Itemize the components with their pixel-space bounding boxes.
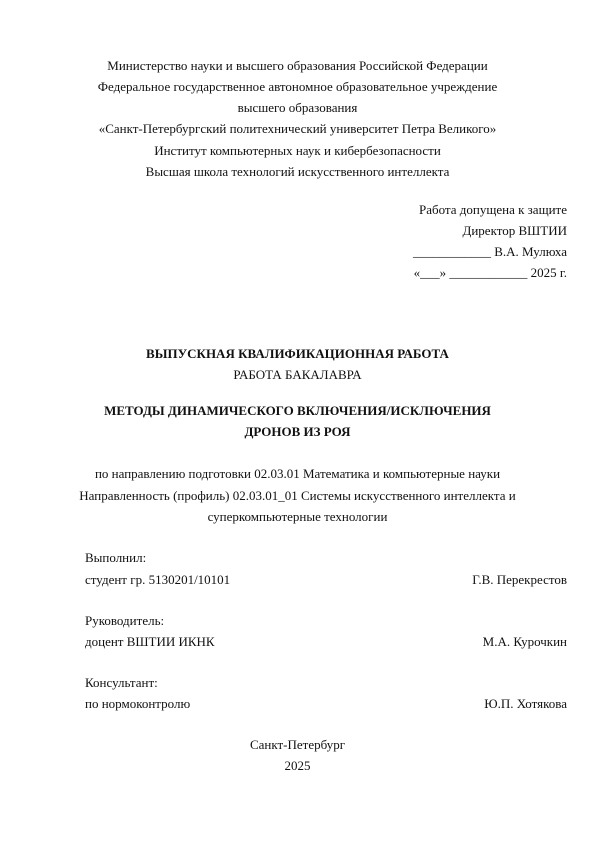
work-subtype: РАБОТА БАКАЛАВРА — [0, 367, 595, 383]
approval-line: Работа допущена к защите — [419, 202, 567, 218]
header-line: Институт компьютерных наук и кибербезопа… — [0, 143, 595, 159]
city: Санкт-Петербург — [0, 737, 595, 753]
signature-position: студент гр. 5130201/10101 — [85, 572, 230, 588]
approval-line: Директор ВШТИИ — [462, 223, 567, 239]
header-line: «Санкт-Петербургский политехнический уни… — [0, 121, 595, 137]
direction-line: суперкомпьютерные технологии — [0, 509, 595, 525]
topic-line: ДРОНОВ ИЗ РОЯ — [0, 424, 595, 440]
approval-date: «___» ____________ 2025 г. — [414, 265, 567, 281]
signature-role: Выполнил: — [85, 550, 146, 566]
header-line: Министерство науки и высшего образования… — [0, 58, 595, 74]
approval-signature: ____________ В.А. Мулюха — [413, 244, 567, 260]
header-line: Федеральное государственное автономное о… — [0, 79, 595, 95]
signature-role: Консультант: — [85, 675, 158, 691]
signature-role: Руководитель: — [85, 613, 164, 629]
signature-name: Г.В. Перекрестов — [472, 572, 567, 588]
header-line: Высшая школа технологий искусственного и… — [0, 164, 595, 180]
header-line: высшего образования — [0, 100, 595, 116]
topic-line: МЕТОДЫ ДИНАМИЧЕСКОГО ВКЛЮЧЕНИЯ/ИСКЛЮЧЕНИ… — [0, 403, 595, 419]
direction-line: Направленность (профиль) 02.03.01_01 Сис… — [0, 488, 595, 504]
signature-name: Ю.П. Хотякова — [484, 696, 567, 712]
direction-line: по направлению подготовки 02.03.01 Матем… — [0, 466, 595, 482]
signature-position: доцент ВШТИИ ИКНК — [85, 634, 215, 650]
signature-name: М.А. Курочкин — [483, 634, 567, 650]
signature-position: по нормоконтролю — [85, 696, 190, 712]
year: 2025 — [0, 758, 595, 774]
work-type: ВЫПУСКНАЯ КВАЛИФИКАЦИОННАЯ РАБОТА — [0, 346, 595, 362]
